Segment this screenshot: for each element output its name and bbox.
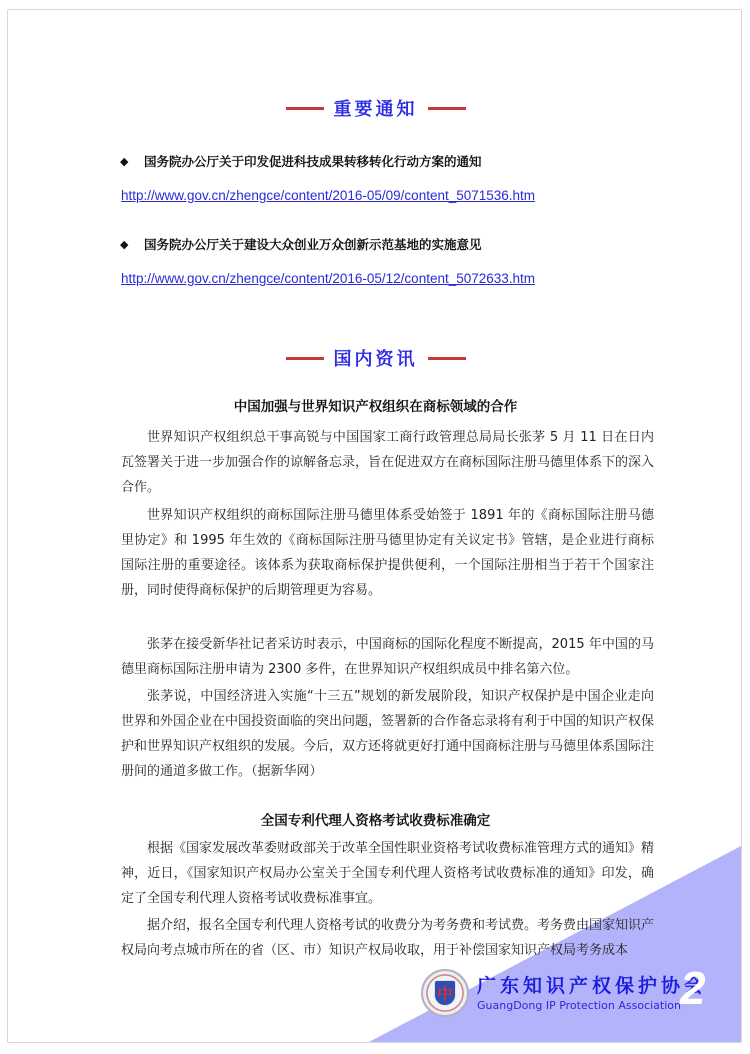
notice-link[interactable]: http://www.gov.cn/zhengce/content/2016-0…: [120, 271, 680, 286]
notice-item: ◆ 国务院办公厅关于印发促进科技成果转移转化行动方案的通知 http://www…: [120, 151, 680, 203]
article-paragraph: 张茅说，中国经济进入实施“十三五”规划的新发展阶段，知识产权保护是中国企业走向世…: [121, 684, 654, 784]
document-page: 重要通知 ◆ 国务院办公厅关于印发促进科技成果转移转化行动方案的通知 http:…: [7, 9, 742, 1043]
article-title: 中国加强与世界知识产权组织在商标领域的合作: [8, 395, 742, 415]
article-paragraph: 世界知识产权组织总干事高锐与中国国家工商行政管理总局局长张茅 5 月 11 日在…: [121, 425, 654, 500]
footer-branding: 中 广东知识产权保护协会 GuangDong IP Protection Ass…: [421, 961, 707, 1025]
diamond-bullet-icon: ◆: [120, 155, 144, 168]
heading-rule-left: [286, 107, 324, 110]
section-title: 国内资讯: [332, 345, 420, 371]
heading-rule-left: [286, 357, 324, 360]
notice-title: 国务院办公厅关于印发促进科技成果转移转化行动方案的通知: [144, 152, 482, 170]
section-heading-notices: 重要通知: [8, 93, 742, 123]
article-paragraph: 世界知识产权组织的商标国际注册马德里体系受始签于 1891 年的《商标国际注册马…: [121, 503, 654, 603]
organization-name: 广东知识产权保护协会 GuangDong IP Protection Assoc…: [477, 974, 707, 1013]
diamond-bullet-icon: ◆: [120, 238, 144, 251]
page-number: 2: [680, 963, 706, 1013]
article-paragraph: 根据《国家发展改革委财政部关于改革全国性职业资格考试收费标准管理方式的通知》精神…: [121, 836, 654, 911]
org-name-en: GuangDong IP Protection Association: [477, 998, 707, 1013]
org-name-cn: 广东知识产权保护协会: [477, 974, 707, 998]
shield-icon: 中: [434, 980, 456, 1006]
association-emblem-icon: 中: [421, 969, 469, 1017]
section-title: 重要通知: [332, 95, 420, 121]
article-title: 全国专利代理人资格考试收费标准确定: [8, 809, 742, 829]
heading-rule-right: [428, 357, 466, 360]
article-paragraph: 据介绍，报名全国专利代理人资格考试的收费分为考务费和考试费。考务费由国家知识产权…: [121, 913, 654, 963]
notice-link[interactable]: http://www.gov.cn/zhengce/content/2016-0…: [120, 188, 680, 203]
section-heading-domestic-news: 国内资讯: [8, 343, 742, 373]
heading-rule-right: [428, 107, 466, 110]
notice-title: 国务院办公厅关于建设大众创业万众创新示范基地的实施意见: [144, 235, 482, 253]
notice-item: ◆ 国务院办公厅关于建设大众创业万众创新示范基地的实施意见 http://www…: [120, 234, 680, 286]
article-paragraph: 张茅在接受新华社记者采访时表示，中国商标的国际化程度不断提高，2015 年中国的…: [121, 632, 654, 682]
